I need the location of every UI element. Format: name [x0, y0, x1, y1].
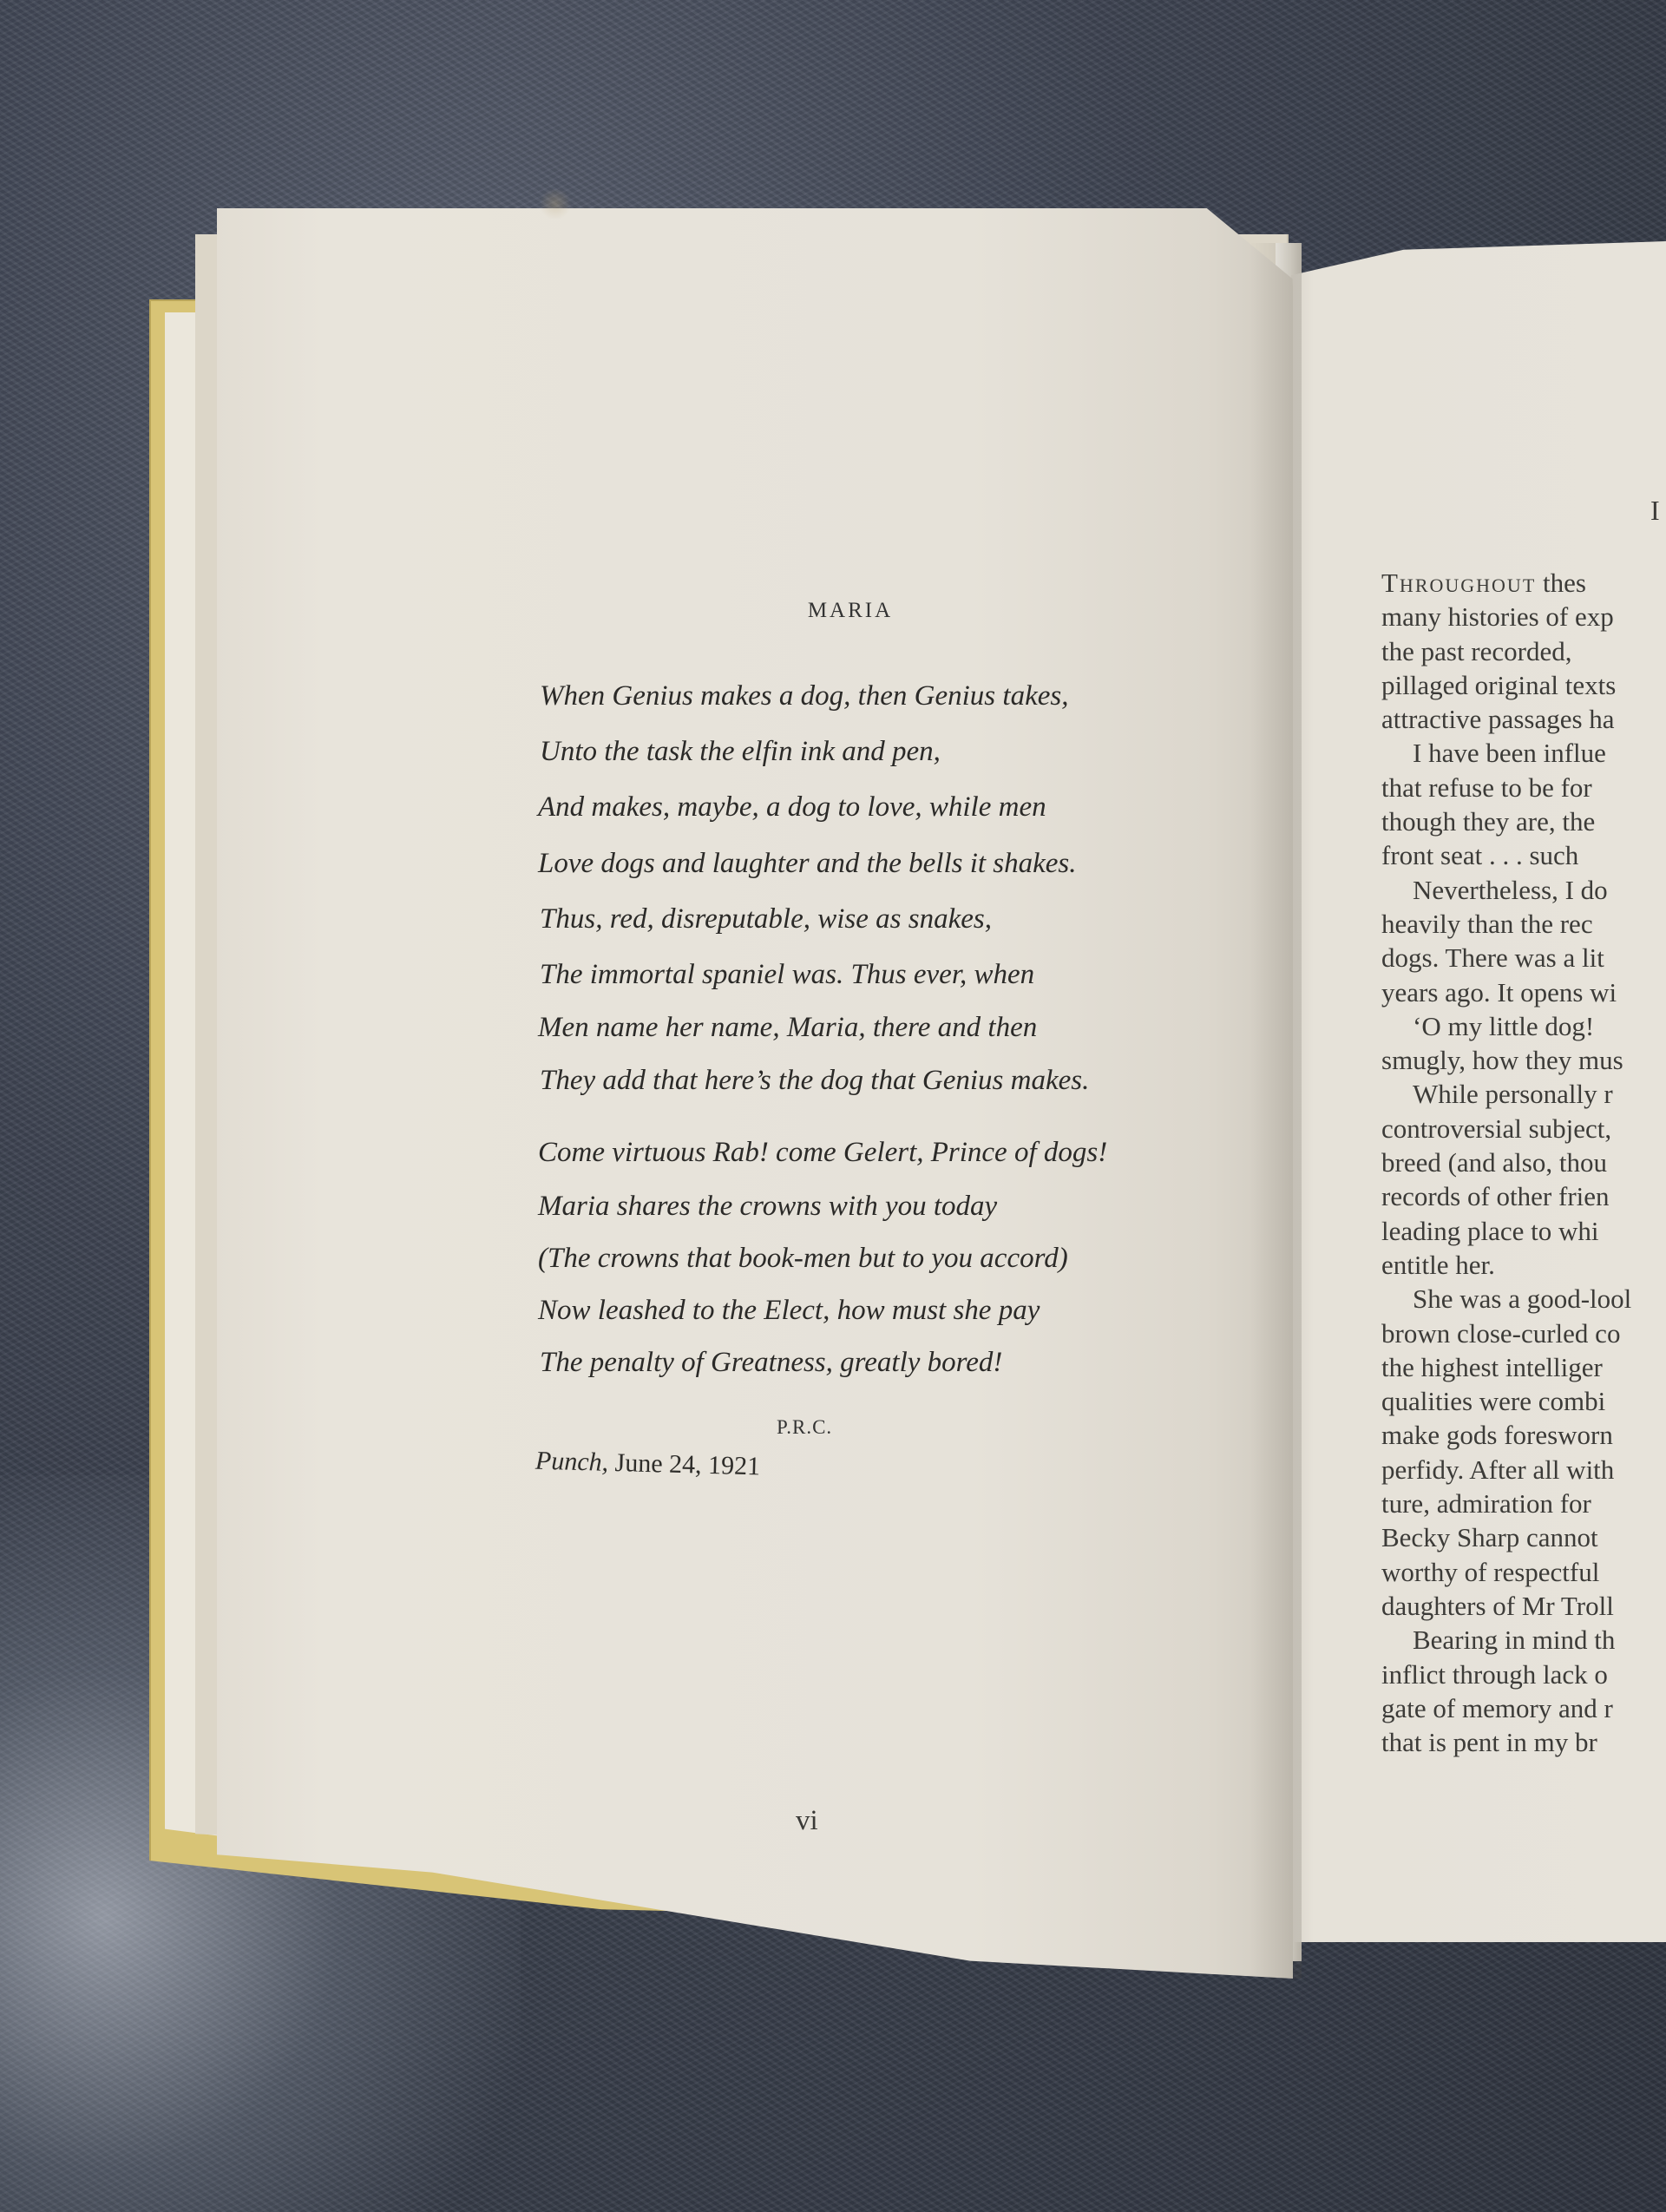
- prose-line: that is pent in my br: [1381, 1725, 1666, 1759]
- prose-line: ‘O my little dog!: [1381, 1009, 1666, 1043]
- prose-line: brown close-curled co: [1381, 1316, 1666, 1350]
- prose-line: inflict through lack o: [1381, 1657, 1666, 1691]
- paper-stain: [538, 189, 573, 219]
- prose-line: leading place to whi: [1381, 1214, 1666, 1248]
- prose-line: pillaged original texts: [1381, 668, 1666, 702]
- prose-line: dogs. There was a lit: [1381, 941, 1666, 975]
- poem-line: Unto the task the elfin ink and pen,: [540, 736, 941, 767]
- poem-title: MARIA: [538, 599, 1163, 623]
- poem-line: Love dogs and laughter and the bells it …: [538, 848, 1077, 879]
- chapter-heading: I: [1650, 495, 1660, 527]
- prose-line: perfidy. After all with: [1381, 1453, 1666, 1487]
- poem-line: (The crowns that book-men but to you acc…: [538, 1243, 1068, 1274]
- poem-line: Come virtuous Rab! come Gelert, Prince o…: [538, 1137, 1107, 1168]
- poem-line: The penalty of Greatness, greatly bored!: [540, 1347, 1002, 1378]
- page-number: vi: [796, 1805, 818, 1837]
- poem-line: They add that here’s the dog that Genius…: [540, 1065, 1089, 1096]
- poem-line: And makes, maybe, a dog to love, while m…: [538, 791, 1046, 823]
- prose-line: breed (and also, thou: [1381, 1145, 1666, 1179]
- prose-line: I have been influe: [1381, 736, 1666, 770]
- prose-line: though they are, the: [1381, 804, 1666, 838]
- prose-line: front seat . . . such: [1381, 838, 1666, 872]
- prose-line: years ago. It opens wi: [1381, 975, 1666, 1009]
- prose-line: Nevertheless, I do: [1381, 873, 1666, 907]
- prose-line: entitle her.: [1381, 1248, 1666, 1282]
- prose-line: Throughout thes: [1381, 566, 1666, 600]
- prose-line: the highest intelliger: [1381, 1350, 1666, 1384]
- prose-line: records of other frien: [1381, 1179, 1666, 1213]
- prose-line: Becky Sharp cannot: [1381, 1520, 1666, 1554]
- prose-line: that refuse to be for: [1381, 771, 1666, 804]
- prose-line: the past recorded,: [1381, 634, 1666, 668]
- prose-line: Bearing in mind th: [1381, 1623, 1666, 1657]
- prose-text: Throughout thes many histories of exp th…: [1381, 566, 1666, 1759]
- prose-line: controversial subject,: [1381, 1112, 1666, 1145]
- source-date: June 24, 1921: [608, 1448, 761, 1481]
- prose-line: ture, admiration for: [1381, 1487, 1666, 1520]
- prose-line: many histories of exp: [1381, 600, 1666, 633]
- prose-line: qualities were combi: [1381, 1384, 1666, 1418]
- prose-line: attractive passages ha: [1381, 702, 1666, 736]
- page-curl-shadow: [1249, 243, 1302, 1979]
- poem-line: Thus, red, disreputable, wise as snakes,: [540, 903, 992, 935]
- poem-line: Men name her name, Maria, there and then: [538, 1012, 1037, 1043]
- prose-line: daughters of Mr Troll: [1381, 1589, 1666, 1623]
- poem-source: Punch, June 24, 1921: [535, 1447, 761, 1482]
- poem-line: Now leashed to the Elect, how must she p…: [538, 1295, 1040, 1326]
- prose-line: While personally r: [1381, 1077, 1666, 1111]
- prose-line: heavily than the rec: [1381, 907, 1666, 941]
- prose-line: She was a good-lool: [1381, 1282, 1666, 1316]
- source-publication: Punch,: [535, 1447, 609, 1477]
- poem-line: Maria shares the crowns with you today: [538, 1191, 997, 1222]
- poem-line: The immortal spaniel was. Thus ever, whe…: [540, 959, 1034, 990]
- prose-line: smugly, how they mus: [1381, 1043, 1666, 1077]
- poem-signature: P.R.C.: [777, 1416, 832, 1439]
- prose-line: gate of memory and r: [1381, 1691, 1666, 1725]
- prose-line: worthy of respectful: [1381, 1555, 1666, 1589]
- prose-line: make gods foresworn: [1381, 1418, 1666, 1452]
- poem-line: When Genius makes a dog, then Genius tak…: [540, 680, 1068, 712]
